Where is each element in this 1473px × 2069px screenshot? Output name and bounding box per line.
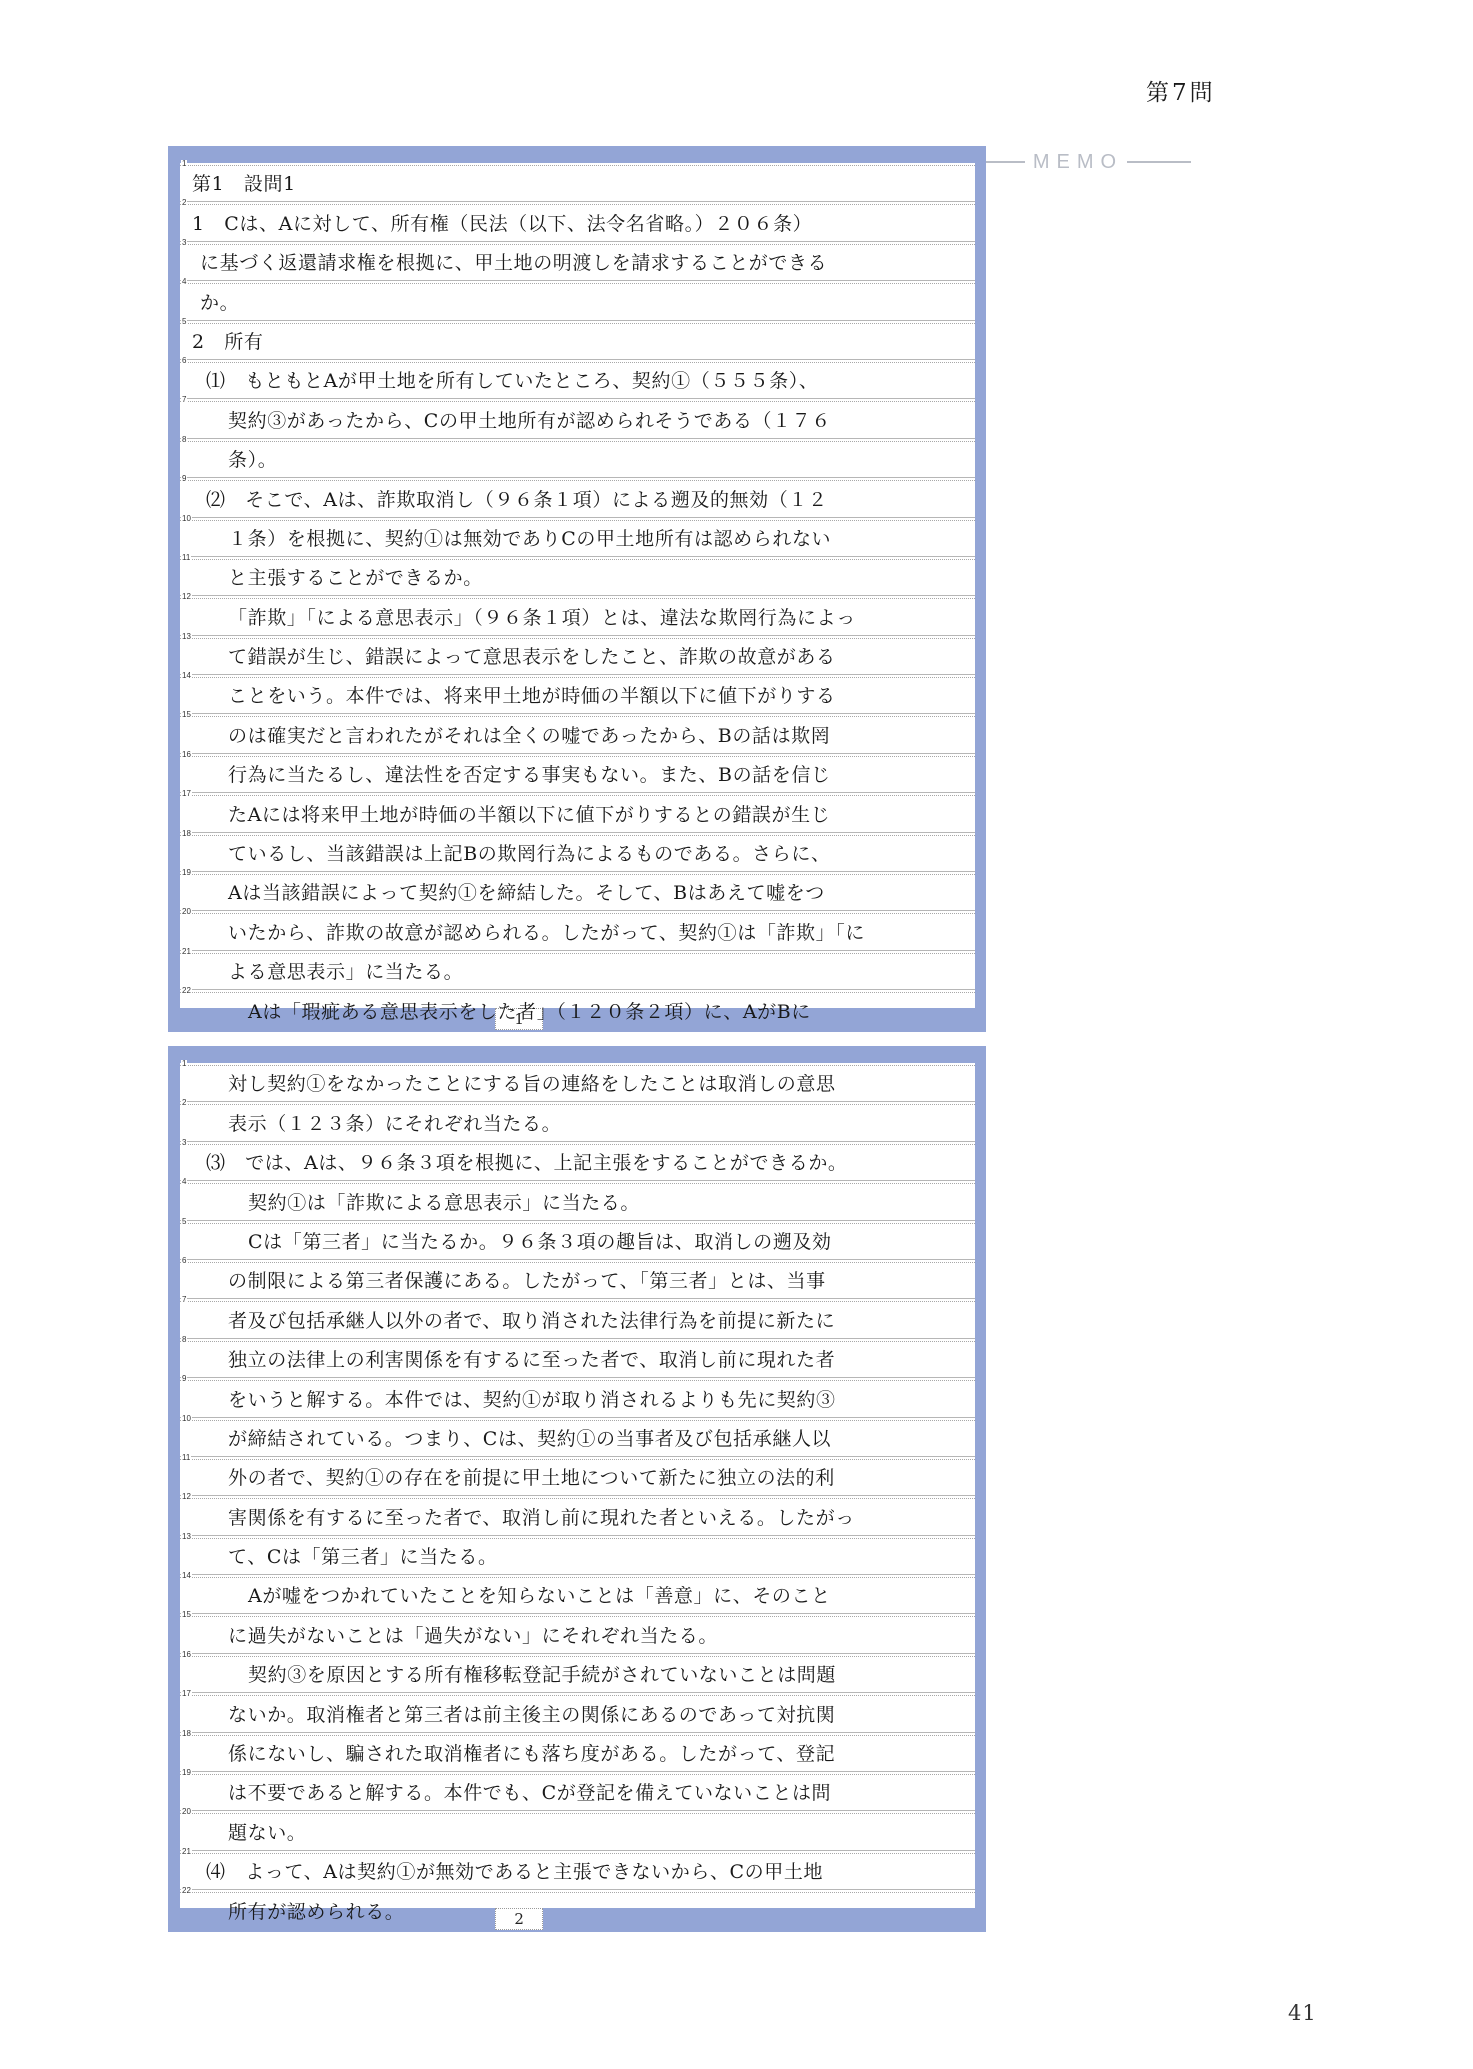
line-number: 5 <box>181 318 187 326</box>
line-number: 19 <box>181 1769 192 1777</box>
answer-line: 12害関係を有するに至った者で、取消し前に現れた者といえる。したがっ <box>180 1495 975 1534</box>
answer-line-text: 独立の法律上の利害関係を有するに至った者で、取消し前に現れた者 <box>228 1345 835 1372</box>
answer-line: 1対し契約①をなかったことにする旨の連絡をしたことは取消しの意思 <box>180 1063 975 1101</box>
answer-line: 18係にないし、騙された取消権者にも落ち度がある。したがって、登記 <box>180 1732 975 1771</box>
answer-line: 2表示（１２３条）にそれぞれ当たる。 <box>180 1101 975 1140</box>
answer-line: 14ことをいう。本件では、将来甲土地が時価の半額以下に値下がりする <box>180 674 975 713</box>
line-number: 22 <box>181 1887 192 1895</box>
line-number: 4 <box>181 278 187 286</box>
answer-line-text: か。 <box>200 288 239 315</box>
answer-line-text: は不要であると解する。本件でも、Cが登記を備えていないことは問 <box>228 1778 831 1805</box>
line-number: 3 <box>181 239 187 247</box>
answer-line: 21⑷ よって、Aは契約①が無効であると主張できないから、Cの甲土地 <box>180 1850 975 1889</box>
answer-line: 10１条）を根拠に、契約①は無効でありCの甲土地所有は認められない <box>180 517 975 556</box>
answer-line-text: が締結されている。つまり、Cは、契約①の当事者及び包括承継人以 <box>228 1424 831 1451</box>
answer-line-text: 1 Cは、Aに対して、所有権（民法（以下、法令名省略。）２０６条） <box>192 209 812 236</box>
answer-line-text: ⑷ よって、Aは契約①が無効であると主張できないから、Cの甲土地 <box>206 1857 823 1884</box>
answer-sheet-page-2-lines: 1対し契約①をなかったことにする旨の連絡をしたことは取消しの意思2表示（１２３条… <box>180 1063 975 1908</box>
answer-line: 16契約③を原因とする所有権移転登記手続がされていないことは問題 <box>180 1653 975 1692</box>
answer-line-text: 条）。 <box>228 445 277 472</box>
answer-line: 7者及び包括承継人以外の者で、取り消された法律行為を前提に新たに <box>180 1298 975 1337</box>
line-number: 1 <box>181 1060 187 1068</box>
line-number: 14 <box>181 672 192 680</box>
line-number: 16 <box>181 1651 192 1659</box>
answer-line-text: ⑶ では、Aは、９６条３項を根拠に、上記主張をすることができるか。 <box>206 1148 848 1175</box>
answer-line: 21よる意思表示」に当たる。 <box>180 950 975 989</box>
answer-line: 4か。 <box>180 280 975 319</box>
line-number: 19 <box>181 869 192 877</box>
answer-sheet-page-2: 1対し契約①をなかったことにする旨の連絡をしたことは取消しの意思2表示（１２３条… <box>168 1046 986 1932</box>
answer-line-text: ⑵ そこで、Aは、詐欺取消し（９６条１項）による遡及的無効（１２ <box>206 485 828 512</box>
answer-line: 20題ない。 <box>180 1810 975 1849</box>
answer-sheet-page-1: 1第1 設問121 Cは、Aに対して、所有権（民法（以下、法令名省略。）２０６条… <box>168 146 986 1032</box>
line-number: 13 <box>181 633 192 641</box>
answer-line: 6の制限による第三者保護にある。したがって、「第三者」とは、当事 <box>180 1259 975 1298</box>
answer-line-text: 「詐欺」「による意思表示」（９６条１項）とは、違法な欺罔行為によっ <box>228 603 856 630</box>
line-number: 16 <box>181 751 192 759</box>
answer-line-text: 契約③を原因とする所有権移転登記手続がされていないことは問題 <box>248 1660 836 1687</box>
answer-line: 11外の者で、契約①の存在を前提に甲土地について新たに独立の法的利 <box>180 1456 975 1495</box>
answer-line-text: 2 所有 <box>192 327 264 354</box>
line-number: 10 <box>181 1415 192 1423</box>
answer-line-text: のは確実だと言われたがそれは全くの嘘であったから、Bの話は欺罔 <box>228 721 830 748</box>
line-number: 11 <box>181 1454 191 1462</box>
answer-line: 20いたから、詐欺の故意が認められる。したがって、契約①は「詐欺」「に <box>180 910 975 949</box>
answer-line: 13て錯誤が生じ、錯誤によって意思表示をしたこと、詐欺の故意がある <box>180 635 975 674</box>
answer-line: 5Cは「第三者」に当たるか。９６条３項の趣旨は、取消しの遡及効 <box>180 1220 975 1259</box>
answer-line-text: ないか。取消権者と第三者は前主後主の関係にあるのであって対抗関 <box>228 1700 835 1727</box>
answer-line-text: 契約①は「詐欺による意思表示」に当たる。 <box>248 1188 640 1215</box>
answer-line-text: 係にないし、騙された取消権者にも落ち度がある。したがって、登記 <box>228 1739 835 1766</box>
line-number: 20 <box>181 908 192 916</box>
answer-line: 15のは確実だと言われたがそれは全くの嘘であったから、Bの話は欺罔 <box>180 713 975 752</box>
answer-line: 16行為に当たるし、違法性を否定する事実もない。また、Bの話を信じ <box>180 753 975 792</box>
line-number: 6 <box>181 1257 187 1265</box>
line-number: 17 <box>181 1690 192 1698</box>
answer-line: 19は不要であると解する。本件でも、Cが登記を備えていないことは問 <box>180 1771 975 1810</box>
line-number: 22 <box>181 987 192 995</box>
answer-line: 8条）。 <box>180 438 975 477</box>
line-number: 2 <box>181 1099 187 1107</box>
line-number: 7 <box>181 396 187 404</box>
answer-line-text: ているし、当該錯誤は上記Bの欺罔行為によるものである。さらに、 <box>228 839 831 866</box>
line-number: 3 <box>181 1139 187 1147</box>
answer-line-text: 外の者で、契約①の存在を前提に甲土地について新たに独立の法的利 <box>228 1463 835 1490</box>
answer-line-text: よる意思表示」に当たる。 <box>228 957 463 984</box>
line-number: 1 <box>181 160 187 168</box>
line-number: 21 <box>181 1848 192 1856</box>
line-number: 6 <box>181 357 187 365</box>
answer-line: 3に基づく返還請求権を根拠に、甲土地の明渡しを請求することができる <box>180 241 975 280</box>
answer-line-text: Aは当該錯誤によって契約①を締結した。そして、Bはあえて嘘をつ <box>228 878 825 905</box>
line-number: 12 <box>181 593 192 601</box>
answer-line: 1第1 設問1 <box>180 163 975 201</box>
line-number: 18 <box>181 830 192 838</box>
answer-line: 13て、Cは「第三者」に当たる。 <box>180 1535 975 1574</box>
line-number: 17 <box>181 790 192 798</box>
answer-line-text: ⑴ もともとAが甲土地を所有していたところ、契約①（５５５条）、 <box>206 366 818 393</box>
answer-line: 17たAには将来甲土地が時価の半額以下に値下がりするとの錯誤が生じ <box>180 792 975 831</box>
line-number: 9 <box>181 475 187 483</box>
answer-line-text: 表示（１２３条）にそれぞれ当たる。 <box>228 1109 561 1136</box>
answer-line-text: と主張することができるか。 <box>228 563 483 590</box>
answer-line-text: て、Cは「第三者」に当たる。 <box>228 1542 498 1569</box>
answer-line: 10が締結されている。つまり、Cは、契約①の当事者及び包括承継人以 <box>180 1417 975 1456</box>
answer-line: 18ているし、当該錯誤は上記Bの欺罔行為によるものである。さらに、 <box>180 832 975 871</box>
line-number: 15 <box>181 1611 192 1619</box>
answer-line: 12「詐欺」「による意思表示」（９６条１項）とは、違法な欺罔行為によっ <box>180 595 975 634</box>
answer-line: 9⑵ そこで、Aは、詐欺取消し（９６条１項）による遡及的無効（１２ <box>180 477 975 516</box>
answer-line: 4契約①は「詐欺による意思表示」に当たる。 <box>180 1180 975 1219</box>
answer-line-text: 行為に当たるし、違法性を否定する事実もない。また、Bの話を信じ <box>228 760 831 787</box>
line-number: 7 <box>181 1296 187 1304</box>
answer-line: 8独立の法律上の利害関係を有するに至った者で、取消し前に現れた者 <box>180 1338 975 1377</box>
answer-line-text: 対し契約①をなかったことにする旨の連絡をしたことは取消しの意思 <box>228 1069 836 1096</box>
answer-line: 6⑴ もともとAが甲土地を所有していたところ、契約①（５５５条）、 <box>180 359 975 398</box>
answer-line-text: て錯誤が生じ、錯誤によって意思表示をしたこと、詐欺の故意がある <box>228 642 836 669</box>
answer-line-text: 所有が認められる。 <box>228 1897 404 1924</box>
answer-line-text: １条）を根拠に、契約①は無効でありCの甲土地所有は認められない <box>228 524 831 551</box>
line-number: 10 <box>181 515 192 523</box>
answer-line-text: 者及び包括承継人以外の者で、取り消された法律行為を前提に新たに <box>228 1306 835 1333</box>
answer-line: 17ないか。取消権者と第三者は前主後主の関係にあるのであって対抗関 <box>180 1692 975 1731</box>
answer-line-text: ことをいう。本件では、将来甲土地が時価の半額以下に値下がりする <box>228 681 836 708</box>
answer-line: 22Aは「瑕疵ある意思表示をした者」（１２０条２項）に、AがBに <box>180 989 975 1028</box>
answer-line-text: 害関係を有するに至った者で、取消し前に現れた者といえる。したがっ <box>228 1503 855 1530</box>
answer-line: 21 Cは、Aに対して、所有権（民法（以下、法令名省略。）２０６条） <box>180 201 975 240</box>
answer-line: 9をいうと解する。本件では、契約①が取り消されるよりも先に契約③ <box>180 1377 975 1416</box>
line-number: 8 <box>181 436 187 444</box>
answer-line-text: Cは「第三者」に当たるか。９６条３項の趣旨は、取消しの遡及効 <box>248 1227 832 1254</box>
line-number: 12 <box>181 1493 192 1501</box>
answer-line-text: たAには将来甲土地が時価の半額以下に値下がりするとの錯誤が生じ <box>228 800 830 827</box>
memo-rule-right <box>1127 161 1191 163</box>
book-page-number: 41 <box>1288 2001 1317 2025</box>
answer-line: 15に過失がないことは「過失がない」にそれぞれ当たる。 <box>180 1613 975 1652</box>
line-number: 2 <box>181 199 187 207</box>
answer-line-text: 第1 設問1 <box>192 169 296 196</box>
memo-label: MEMO <box>1029 152 1123 172</box>
line-number: 18 <box>181 1730 192 1738</box>
answer-line: 11と主張することができるか。 <box>180 556 975 595</box>
sheet-page-number-2: 2 <box>495 1908 543 1930</box>
answer-line-text: いたから、詐欺の故意が認められる。したがって、契約①は「詐欺」「に <box>228 918 865 945</box>
line-number: 21 <box>181 948 192 956</box>
answer-sheet-page-1-lines: 1第1 設問121 Cは、Aに対して、所有権（民法（以下、法令名省略。）２０６条… <box>180 163 975 1008</box>
answer-line-text: Aは「瑕疵ある意思表示をした者」（１２０条２項）に、AがBに <box>248 997 811 1024</box>
line-number: 13 <box>181 1533 192 1541</box>
answer-line-text: 契約③があったから、Cの甲土地所有が認められそうである（１７６ <box>228 406 831 433</box>
answer-line: 22所有が認められる。 <box>180 1889 975 1928</box>
line-number: 14 <box>181 1572 192 1580</box>
answer-line-text: をいうと解する。本件では、契約①が取り消されるよりも先に契約③ <box>228 1385 836 1412</box>
line-number: 5 <box>181 1218 187 1226</box>
line-number: 4 <box>181 1178 187 1186</box>
answer-line-text: 題ない。 <box>228 1818 306 1845</box>
line-number: 8 <box>181 1336 187 1344</box>
memo-header: MEMO <box>961 152 1191 172</box>
answer-line: 52 所有 <box>180 320 975 359</box>
answer-line: 14Aが嘘をつかれていたことを知らないことは「善意」に、そのこと <box>180 1574 975 1613</box>
line-number: 11 <box>181 554 191 562</box>
line-number: 15 <box>181 711 192 719</box>
answer-line-text: の制限による第三者保護にある。したがって、「第三者」とは、当事 <box>228 1266 826 1293</box>
line-number: 20 <box>181 1808 192 1816</box>
answer-line: 7契約③があったから、Cの甲土地所有が認められそうである（１７６ <box>180 398 975 437</box>
question-number-label: 第7問 <box>1146 74 1216 107</box>
answer-line-text: Aが嘘をつかれていたことを知らないことは「善意」に、そのこと <box>248 1581 831 1608</box>
line-number: 9 <box>181 1375 187 1383</box>
answer-line-text: に基づく返還請求権を根拠に、甲土地の明渡しを請求することができる <box>200 248 827 275</box>
answer-line-text: に過失がないことは「過失がない」にそれぞれ当たる。 <box>228 1621 718 1648</box>
answer-line: 3⑶ では、Aは、９６条３項を根拠に、上記主張をすることができるか。 <box>180 1141 975 1180</box>
answer-line: 19Aは当該錯誤によって契約①を締結した。そして、Bはあえて嘘をつ <box>180 871 975 910</box>
